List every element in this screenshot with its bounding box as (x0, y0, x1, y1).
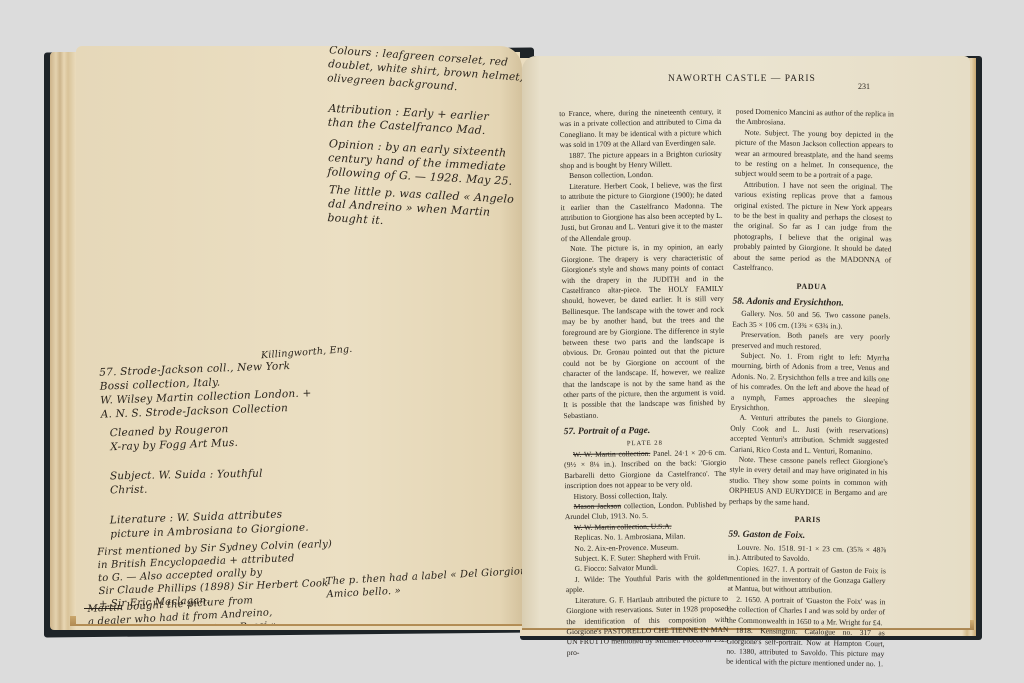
note-attribution: Attribution : Early + earlier than the C… (327, 102, 489, 138)
entry-57-title-text: 57. Portrait of a Page. (564, 426, 651, 437)
paragraph: Louvre. No. 1518. 91·1 × 23 cm. (35⅞ × 4… (728, 542, 886, 566)
note-cleaned: Cleaned by Rougeron X-ray by Fogg Art Mu… (110, 422, 239, 454)
paragraph: 2. 1650. A portrait of 'Guaston the Foix… (727, 594, 886, 628)
paragraph: J. Wilde: The Youthful Paris with the go… (566, 573, 728, 596)
left-page-handwritten: Colours : leafgreen corselet, red double… (76, 46, 522, 624)
running-head: NAWORTH CASTLE — PARIS (668, 74, 816, 84)
paragraph: Mason Jackson collection, London. Publis… (565, 500, 727, 523)
page-number: 231 (858, 82, 870, 91)
entry-59-title: 59. Gaston de Foix. (728, 530, 886, 543)
paragraph: Subject. No. 1. From right to left: Myrr… (731, 351, 890, 416)
note-label: The p. then had a label « Del Giorgione … (325, 565, 522, 602)
entry-58-title: 58. Adonis and Erysichthon. (732, 297, 890, 310)
note-title: The little p. was called « Angelo dal An… (327, 183, 514, 235)
paragraph: W. W. Martin collection. Panel. 24·1 × 2… (564, 448, 727, 492)
paragraph: to France, where, during the nineteenth … (559, 107, 722, 151)
paragraph: Attribution. I have not seen the origina… (733, 179, 893, 275)
note-entry-57: 57. Strode-Jackson coll., New York Bossi… (99, 358, 312, 421)
entry-59-title-text: 59. Gaston de Foix. (728, 530, 805, 541)
note-subject: Subject. W. Suida : Youthful Christ. (110, 467, 263, 498)
paragraph: Note. These cassone panels reflect Giorg… (729, 455, 888, 510)
paragraph: Note. The picture is, in my opinion, an … (561, 242, 725, 421)
entry-57-title: 57. Portrait of a Page. (564, 425, 726, 438)
paragraph: Literature. G. F. Hartlaub attributed th… (566, 594, 729, 659)
paragraph: Note. Subject. The young boy depicted in… (735, 127, 894, 182)
note-colours: Colours : leafgreen corselet, red double… (327, 46, 522, 99)
struck-text: W. W. Martin collection. (573, 449, 650, 459)
note-literature: Literature : W. Suida attributes picture… (110, 507, 309, 542)
paragraph: Literature. Herbert Cook, I believe, was… (560, 180, 723, 245)
paragraph: 1818. Kensington. Catalogue no. 317 as G… (726, 626, 885, 670)
paragraph: Gallery. Nos. 50 and 56. Two cassone pan… (732, 309, 890, 333)
paragraph: Copies. 1627. 1. A portrait of Gaston de… (727, 563, 886, 597)
struck-text: Mason Jackson (574, 501, 622, 511)
paragraph: 1887. The picture appears in a Brighton … (560, 149, 722, 172)
paragraph: A. Venturi attributes the panels to Gior… (730, 413, 889, 457)
column-2: posed Domenico Mancini as author of the … (726, 107, 894, 670)
entry-58-title-text: 58. Adonis and Erysichthon. (732, 297, 843, 309)
note-opinion: Opinion : by an early sixteenth century … (327, 137, 514, 189)
paragraph: Preservation. Both panels are very poorl… (732, 330, 890, 354)
city-heading: PARIS (729, 514, 887, 527)
column-1: to France, where, during the nineteenth … (559, 107, 729, 658)
paragraph: posed Domenico Mancini as author of the … (736, 107, 894, 131)
city-heading: PADUA (733, 280, 891, 293)
